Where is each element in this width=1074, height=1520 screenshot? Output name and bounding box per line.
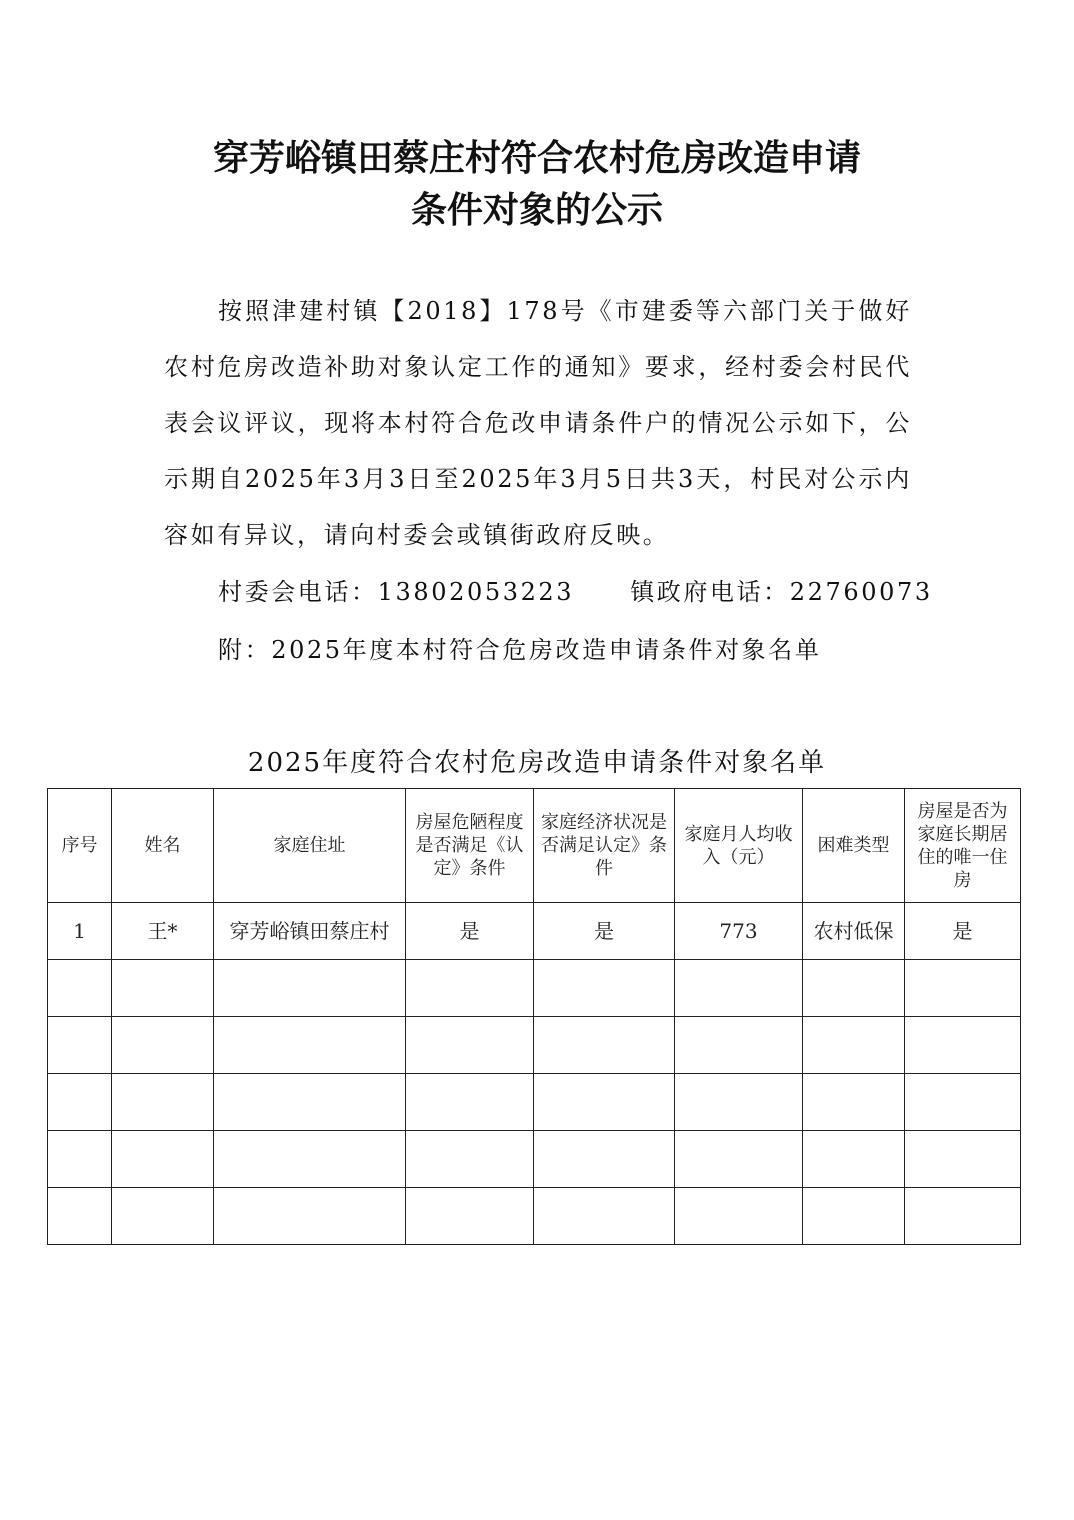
empty-cell xyxy=(112,1131,214,1188)
empty-cell xyxy=(675,1017,803,1074)
empty-cell xyxy=(112,1188,214,1245)
cell-monthly-income: 773 xyxy=(675,903,803,960)
empty-cell xyxy=(214,1131,406,1188)
empty-cell xyxy=(48,1017,112,1074)
empty-cell xyxy=(214,1188,406,1245)
cell-name: 王* xyxy=(112,903,214,960)
cell-housing-condition: 是 xyxy=(406,903,534,960)
empty-cell xyxy=(406,1131,534,1188)
empty-cell xyxy=(48,1074,112,1131)
table-row: 1 王* 穿芳峪镇田蔡庄村 是 是 773 农村低保 是 xyxy=(48,903,1021,960)
empty-cell xyxy=(803,1017,905,1074)
empty-cell xyxy=(112,960,214,1017)
empty-cell xyxy=(406,1188,534,1245)
empty-cell xyxy=(803,1131,905,1188)
empty-cell xyxy=(905,960,1021,1017)
cell-only-housing: 是 xyxy=(905,903,1021,960)
empty-cell xyxy=(675,1131,803,1188)
town-phone-label: 镇政府电话： xyxy=(630,578,790,606)
attachment-note: 附：2025年度本村符合危房改造申请条件对象名单 xyxy=(218,630,821,665)
header-economic-condition: 家庭经济状况是否满足认定》条件 xyxy=(534,789,675,903)
header-monthly-income: 家庭月人均收入（元） xyxy=(675,789,803,903)
empty-cell xyxy=(675,1074,803,1131)
empty-cell xyxy=(534,1074,675,1131)
cell-economic-condition: 是 xyxy=(534,903,675,960)
empty-cell xyxy=(48,960,112,1017)
empty-cell xyxy=(803,1074,905,1131)
header-serial: 序号 xyxy=(48,789,112,903)
empty-cell xyxy=(905,1074,1021,1131)
empty-cell xyxy=(214,1074,406,1131)
cell-hardship-type: 农村低保 xyxy=(803,903,905,960)
empty-cell xyxy=(675,1188,803,1245)
header-hardship-type: 困难类型 xyxy=(803,789,905,903)
empty-cell xyxy=(112,1017,214,1074)
town-phone-number: 22760073 xyxy=(790,578,933,606)
empty-cell xyxy=(534,1017,675,1074)
contact-phones: 村委会电话：13802053223镇政府电话：22760073 xyxy=(218,572,933,607)
cell-address: 穿芳峪镇田蔡庄村 xyxy=(214,903,406,960)
table-header-row: 序号 姓名 家庭住址 房屋危陋程度是否满足《认定》条件 家庭经济状况是否满足认定… xyxy=(48,789,1021,903)
table-row-empty xyxy=(48,1131,1021,1188)
empty-cell xyxy=(48,1188,112,1245)
document-title-line-1: 穿芳峪镇田蔡庄村符合农村危房改造申请 xyxy=(0,132,1074,186)
notice-body-paragraph: 按照津建村镇【2018】178号《市建委等六部门关于做好农村危房改造补助对象认定… xyxy=(164,283,912,563)
empty-cell xyxy=(48,1131,112,1188)
cell-serial: 1 xyxy=(48,903,112,960)
empty-cell xyxy=(214,1017,406,1074)
table-row-empty xyxy=(48,1188,1021,1245)
applicant-list-table: 序号 姓名 家庭住址 房屋危陋程度是否满足《认定》条件 家庭经济状况是否满足认定… xyxy=(47,788,1021,1245)
header-only-housing: 房屋是否为家庭长期居住的唯一住房 xyxy=(905,789,1021,903)
empty-cell xyxy=(905,1188,1021,1245)
empty-cell xyxy=(803,1188,905,1245)
header-housing-condition: 房屋危陋程度是否满足《认定》条件 xyxy=(406,789,534,903)
empty-cell xyxy=(534,960,675,1017)
empty-cell xyxy=(406,960,534,1017)
empty-cell xyxy=(675,960,803,1017)
empty-cell xyxy=(905,1017,1021,1074)
empty-cell xyxy=(803,960,905,1017)
empty-cell xyxy=(905,1131,1021,1188)
table-title: 2025年度符合农村危房改造申请条件对象名单 xyxy=(0,742,1074,779)
header-name: 姓名 xyxy=(112,789,214,903)
village-phone-label: 村委会电话： xyxy=(218,578,378,606)
header-address: 家庭住址 xyxy=(214,789,406,903)
empty-cell xyxy=(112,1074,214,1131)
table-row-empty xyxy=(48,1074,1021,1131)
document-title-line-2: 条件对象的公示 xyxy=(0,184,1074,238)
table-row-empty xyxy=(48,960,1021,1017)
empty-cell xyxy=(406,1074,534,1131)
empty-cell xyxy=(406,1017,534,1074)
table-row-empty xyxy=(48,1017,1021,1074)
empty-cell xyxy=(534,1131,675,1188)
empty-cell xyxy=(214,960,406,1017)
village-phone-number: 13802053223 xyxy=(378,578,575,606)
empty-cell xyxy=(534,1188,675,1245)
